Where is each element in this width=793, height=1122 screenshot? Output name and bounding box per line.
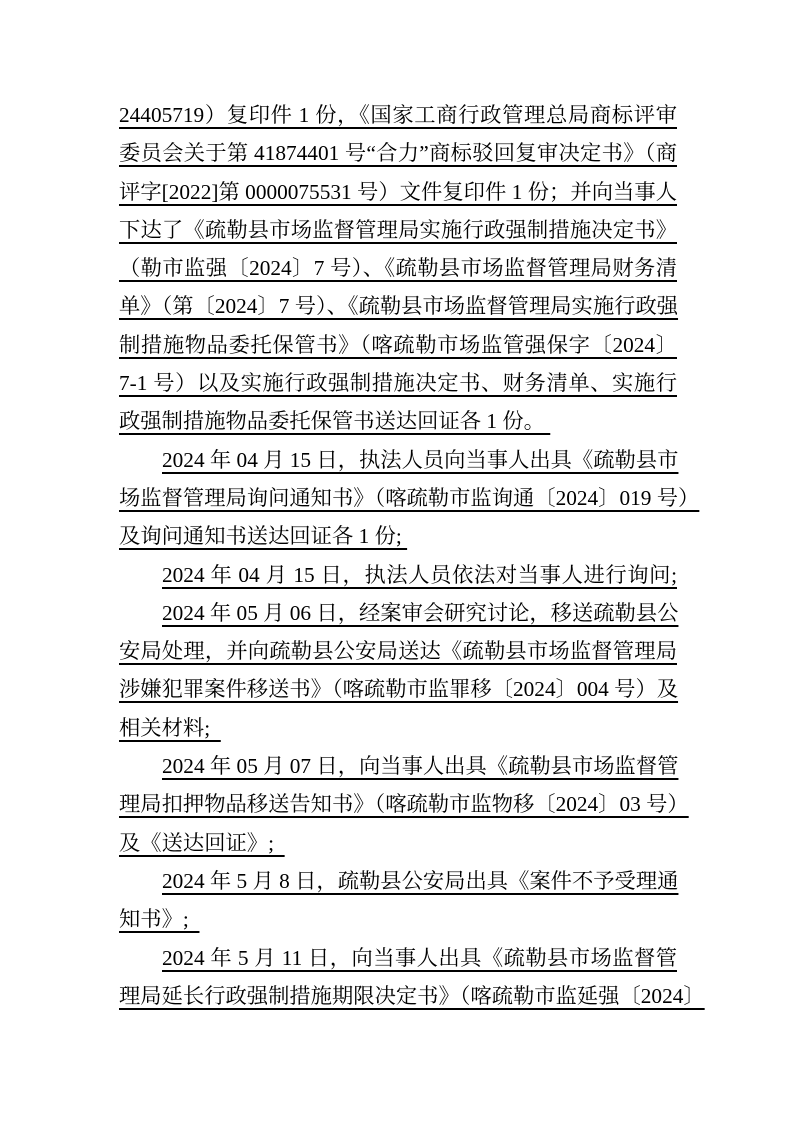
document-line: 知书》;	[119, 900, 677, 938]
document-line: 场监督管理局询问通知书》（喀疏勒市监询通〔2024〕019 号）	[119, 479, 677, 517]
document-line: 理局扣押物品移送告知书》（喀疏勒市监物移〔2024〕03 号）	[119, 785, 677, 823]
document-body: 24405719）复印件 1 份，《国家工商行政管理总局商标评审委员会关于第 4…	[119, 96, 677, 1015]
document-line: 2024 年 04 月 15 日，执法人员依法对当事人进行询问;	[119, 556, 677, 594]
document-line: 单》（第〔2024〕7 号）、《疏勒县市场监督管理局实施行政强	[119, 287, 677, 325]
document-line: 2024 年 05 月 07 日，向当事人出具《疏勒县市场监督管	[119, 747, 677, 785]
document-line: 2024 年 5 月 11 日，向当事人出具《疏勒县市场监督管	[119, 939, 677, 977]
document-line: 2024 年 5 月 8 日，疏勒县公安局出具《案件不予受理通	[119, 862, 677, 900]
document-line: 安局处理，并向疏勒县公安局送达《疏勒县市场监督管理局	[119, 632, 677, 670]
document-line: 相关材料;	[119, 709, 677, 747]
document-page: 24405719）复印件 1 份，《国家工商行政管理总局商标评审委员会关于第 4…	[0, 0, 793, 1122]
document-line: 委员会关于第 41874401 号“合力”商标驳回复审决定书》（商	[119, 134, 677, 172]
document-line: 2024 年 05 月 06 日，经案审会研究讨论，移送疏勒县公	[119, 594, 677, 632]
document-line: （勒市监强〔2024〕7 号）、《疏勒县市场监督管理局财务清	[119, 249, 677, 287]
document-line: 下达了《疏勒县市场监督管理局实施行政强制措施决定书》	[119, 211, 677, 249]
document-line: 及《送达回证》;	[119, 824, 677, 862]
document-line: 理局延长行政强制措施期限决定书》（喀疏勒市监延强〔2024〕	[119, 977, 677, 1015]
document-line: 7-1 号）以及实施行政强制措施决定书、财务清单、实施行	[119, 364, 677, 402]
document-line: 24405719）复印件 1 份，《国家工商行政管理总局商标评审	[119, 96, 677, 134]
document-line: 及询问通知书送达回证各 1 份;	[119, 517, 677, 555]
document-line: 2024 年 04 月 15 日，执法人员向当事人出具《疏勒县市	[119, 441, 677, 479]
document-line: 制措施物品委托保管书》（喀疏勒市场监管强保字〔2024〕	[119, 326, 677, 364]
document-line: 政强制措施物品委托保管书送达回证各 1 份。	[119, 402, 677, 440]
document-line: 涉嫌犯罪案件移送书》（喀疏勒市监罪移〔2024〕004 号）及	[119, 670, 677, 708]
document-line: 评字[2022]第 0000075531 号）文件复印件 1 份；并向当事人	[119, 173, 677, 211]
